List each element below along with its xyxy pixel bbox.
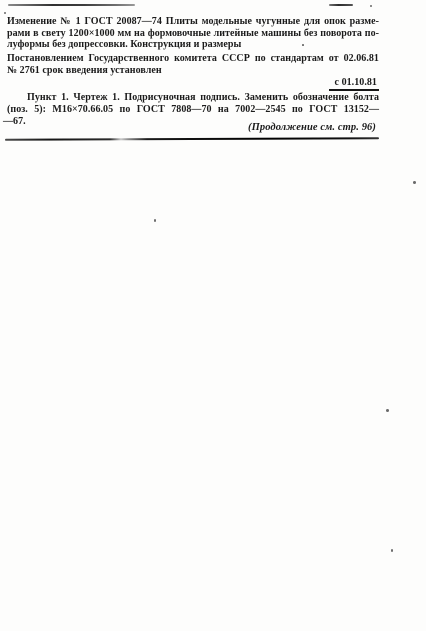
heading-line: рами в свету 1200×1000 мм на формовочные… <box>7 28 379 40</box>
scan-artifact-dash <box>329 4 353 6</box>
ink-speck <box>4 12 6 14</box>
continuation-note: (Продолжение см. стр. 96) <box>248 122 376 133</box>
ink-speck <box>154 219 156 222</box>
scanned-document-page: Изменение № 1 ГОСТ 20087—74 Плиты модель… <box>0 0 426 631</box>
document-text-block: Изменение № 1 ГОСТ 20087—74 Плиты модель… <box>7 16 379 127</box>
effective-date-line: с 01.10.81 <box>7 77 379 91</box>
decree-line: № 2761 срок введения установлен <box>7 65 379 77</box>
item-line: Пункт 1. Чертеж 1. Подрисуночная подпись… <box>7 92 379 104</box>
heading-line: Изменение № 1 ГОСТ 20087—74 Плиты модель… <box>7 16 379 28</box>
ink-speck <box>370 5 372 7</box>
amendment-heading: Изменение № 1 ГОСТ 20087—74 Плиты модель… <box>7 16 379 51</box>
ink-speck <box>413 181 416 184</box>
bottom-rule <box>5 137 379 141</box>
effective-date: с 01.10.81 <box>329 77 379 91</box>
scan-artifact-line <box>8 4 135 6</box>
item-line: (поз. 5): М16×70.66.05 по ГОСТ 7808—70 н… <box>7 104 379 116</box>
ink-speck <box>391 549 393 552</box>
decree-line: Постановлением Государственного комитета… <box>7 53 379 65</box>
decree-paragraph: Постановлением Государственного комитета… <box>7 53 379 76</box>
heading-line: луформы без допрессовки. Конструкция и р… <box>7 39 379 51</box>
ink-speck <box>386 409 389 412</box>
